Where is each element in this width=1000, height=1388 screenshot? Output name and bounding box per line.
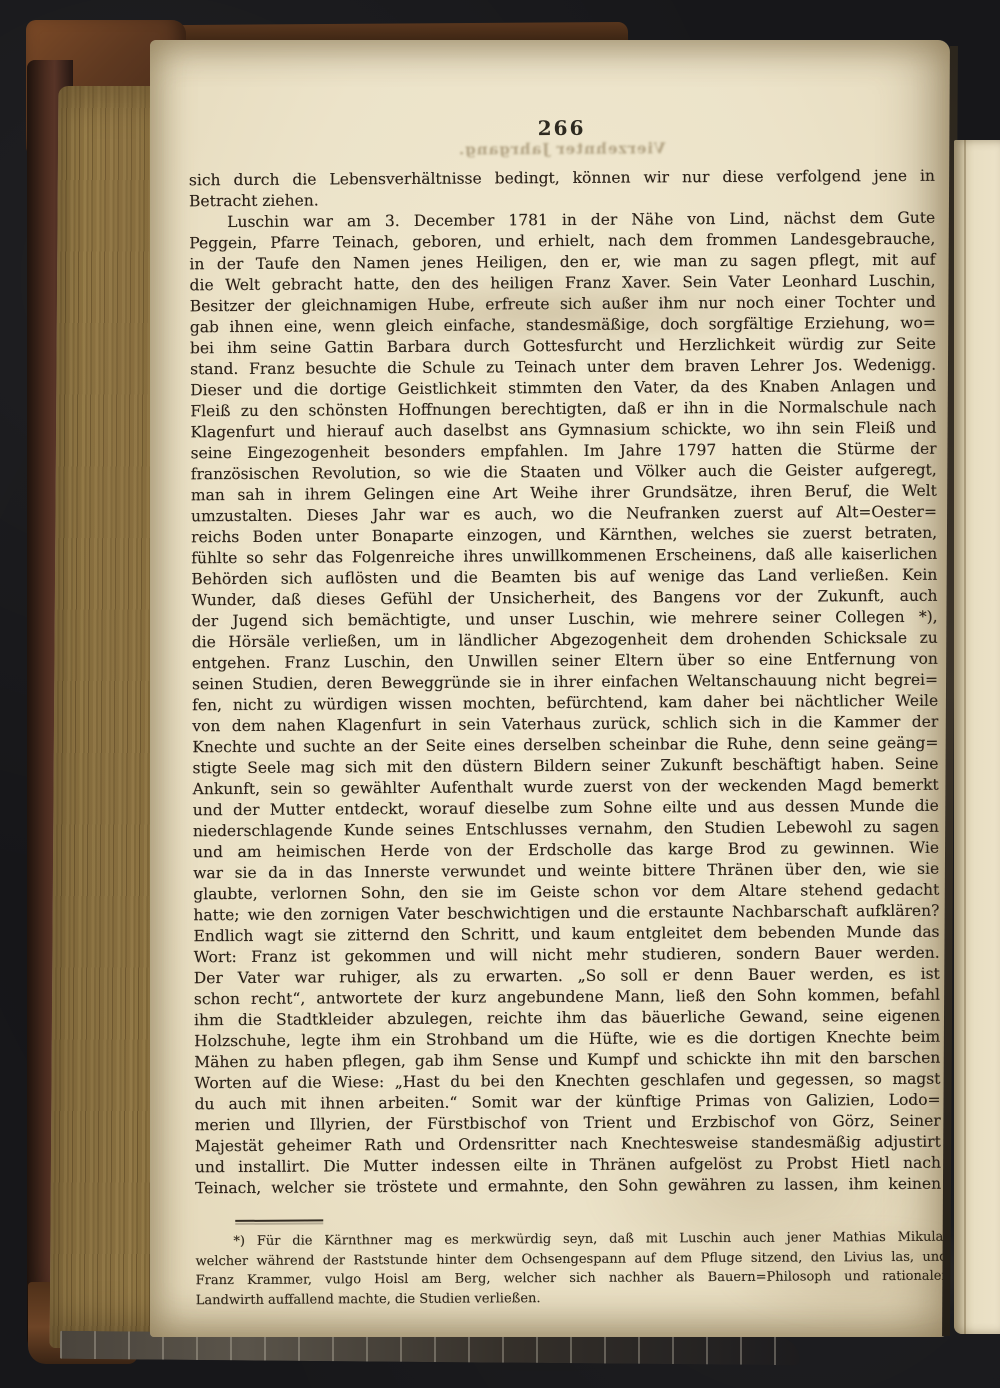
page-content: 266 Vierzehnter Jahrgang. sich durch die… xyxy=(146,38,954,1340)
photo-backdrop: 266 Vierzehnter Jahrgang. sich durch die… xyxy=(0,0,1000,1388)
bleedthrough-running-title: Vierzehnter Jahrgang. xyxy=(189,138,935,161)
body-text-line: Teinach, welcher sie tröstete und ermahn… xyxy=(195,1174,941,1200)
footnote-separator-rule xyxy=(235,1219,323,1222)
footnote-text-block: *) Für die Kärnthner mag es merkwürdig s… xyxy=(195,1228,947,1311)
facing-page-edge xyxy=(954,140,1000,1334)
body-text-block: sich durch die Lebensverhältnisse beding… xyxy=(189,166,941,1200)
footnote-text-line: Landwirth auffallend machte, die Studien… xyxy=(196,1286,948,1310)
book-page: 266 Vierzehnter Jahrgang. sich durch die… xyxy=(150,40,950,1337)
